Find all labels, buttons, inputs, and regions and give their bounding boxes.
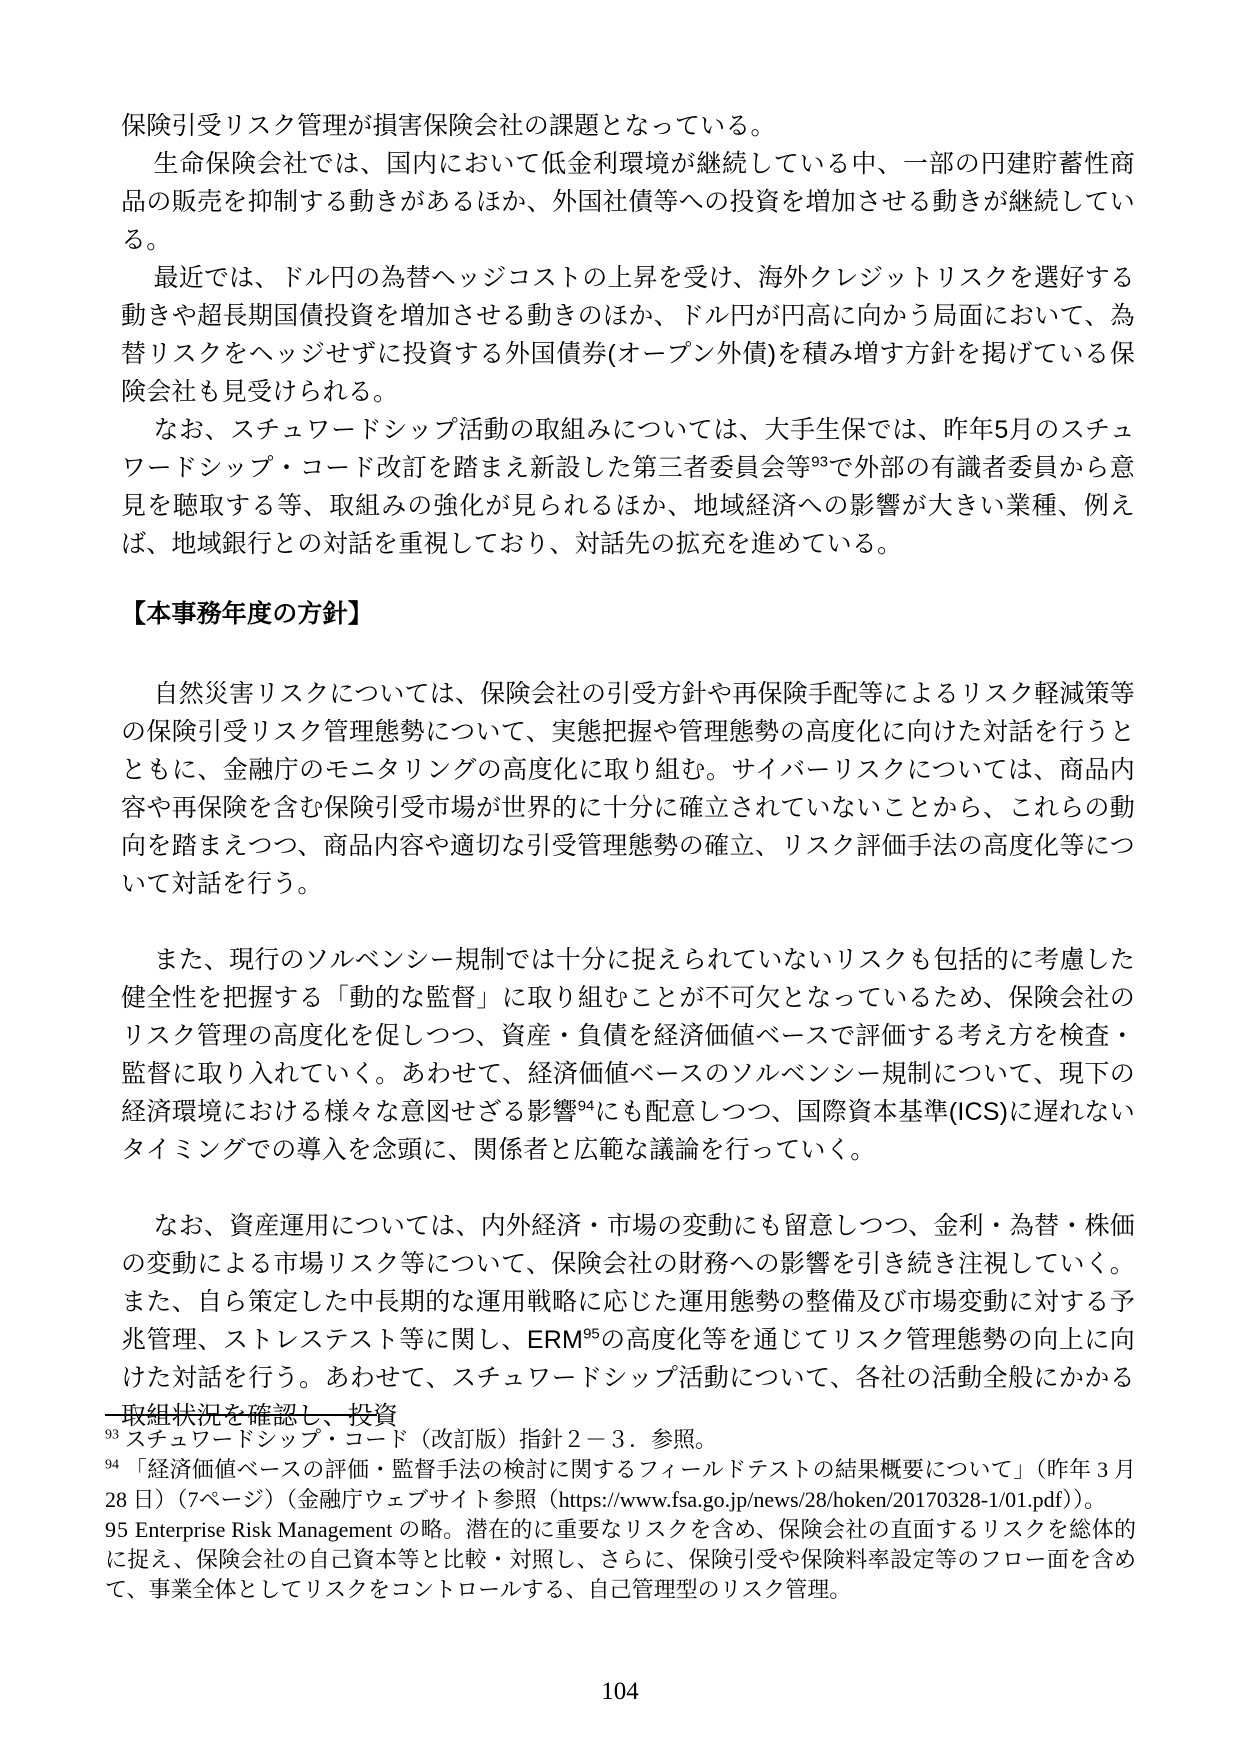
paragraph-hedge-cost: 最近では、ドル円の為替ヘッジコストの上昇を受け、海外クレジットリスクを選好する動… (121, 259, 1135, 411)
footnote-marker-95: 95 (105, 1517, 129, 1542)
footnote-94: 94 「経済価値ベースの評価・監督手法の検討に関するフィールドテストの結果概要に… (105, 1455, 1136, 1515)
body-text-block: 保険引受リスク管理が損害保険会社の課題となっている。 生命保険会社では、国内にお… (121, 107, 1135, 1435)
paragraph-life-insurers: 生命保険会社では、国内において低金利環境が継続している中、一部の円建貯蓄性商品の… (121, 145, 1135, 259)
footnote-ref-94: 94 (578, 1098, 595, 1115)
paragraph-natural-disaster-risk: 自然災害リスクについては、保険会社の引受方針や再保険手配等によるリスク軽減策等の… (121, 675, 1135, 903)
footnote-marker-94: 94 (105, 1458, 119, 1473)
paragraph-text: 保険引受リスク管理が損害保険会社の課題となっている。 (121, 112, 776, 140)
footnotes-block: 93 スチュワードシップ・コード（改訂版）指針２－３．参照。 94 「経済価値ベ… (105, 1414, 1136, 1605)
footnote-ref-93: 93 (811, 454, 828, 471)
section-heading-text: 【本事務年度の方針】 (121, 600, 373, 628)
paragraph-text: 生命保険会社では、国内において低金利環境が継続している中、一部の円建貯蓄性商品の… (121, 150, 1135, 254)
footnote-text: Enterprise Risk Management の略。潜在的に重要なリスク… (105, 1517, 1136, 1602)
footnote-text: 「経済価値ベースの評価・監督手法の検討に関するフィールドテストの結果概要について… (105, 1457, 1136, 1512)
footnote-separator (105, 1414, 377, 1416)
footnote-marker-93: 93 (105, 1428, 119, 1443)
paragraph-text: 最近では、ドル円の為替ヘッジコストの上昇を受け、海外クレジットリスクを選好する動… (121, 264, 1135, 406)
footnote-ref-95: 95 (583, 1326, 600, 1343)
footnote-93: 93 スチュワードシップ・コード（改訂版）指針２－３．参照。 (105, 1425, 1136, 1455)
paragraph-stewardship: なお、スチュワードシップ活動の取組みについては、大手生保では、昨年5月のスチュワ… (121, 411, 1135, 563)
document-page: 保険引受リスク管理が損害保険会社の課題となっている。 生命保険会社では、国内にお… (0, 0, 1240, 1755)
paragraph-asset-management: なお、資産運用については、内外経済・市場の変動にも留意しつつ、金利・為替・株価の… (121, 1207, 1135, 1435)
page-number: 104 (0, 1676, 1240, 1708)
footnote-text: スチュワードシップ・コード（改訂版）指針２－３．参照。 (125, 1427, 717, 1452)
footnote-95: 95 Enterprise Risk Management の略。潜在的に重要な… (105, 1515, 1136, 1605)
paragraph-solvency-regulation: また、現行のソルベンシー規制では十分に捉えられていないリスクも包括的に考慮した健… (121, 941, 1135, 1169)
paragraph-continuation: 保険引受リスク管理が損害保険会社の課題となっている。 (121, 107, 1135, 145)
paragraph-text: 自然災害リスクについては、保険会社の引受方針や再保険手配等によるリスク軽減策等の… (121, 680, 1135, 898)
section-heading-policy: 【本事務年度の方針】 (121, 595, 1135, 633)
